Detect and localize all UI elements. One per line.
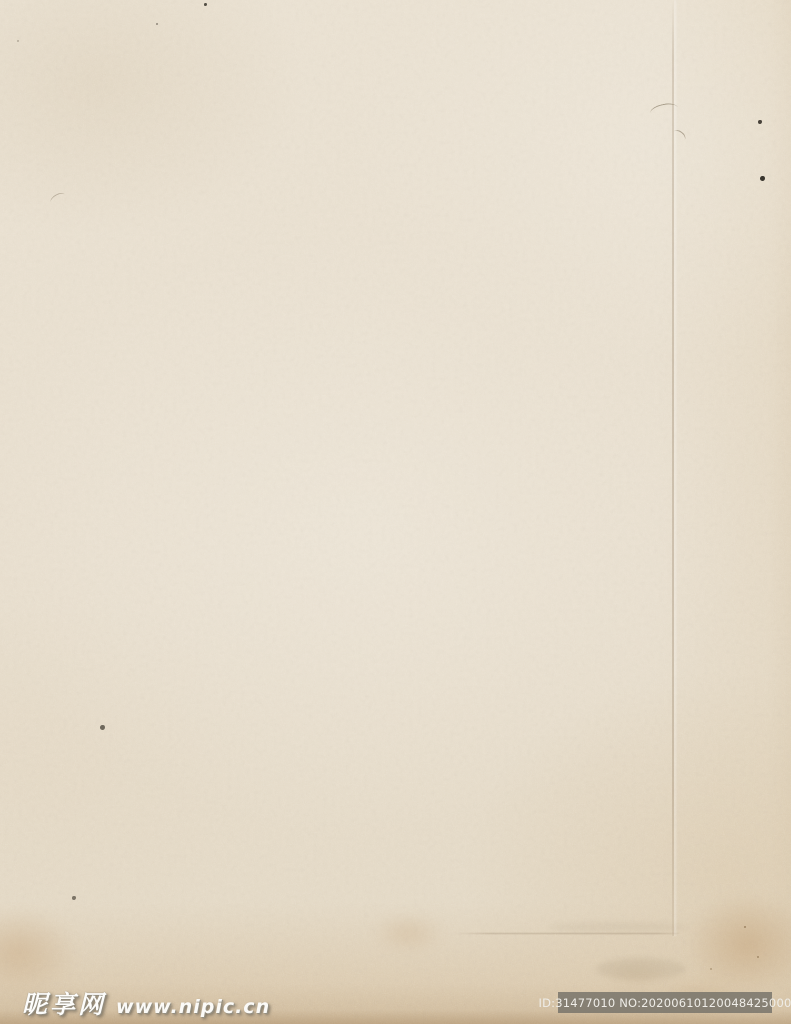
ink-speck — [758, 120, 762, 124]
stain — [590, 954, 682, 994]
image-id-watermark-bar: ID:31477010 NO:20200610120048425000 — [558, 992, 772, 1013]
plate-mark-line — [455, 933, 679, 934]
ink-speck — [760, 176, 765, 181]
ink-speck — [100, 725, 105, 730]
faint-smudge — [548, 922, 688, 932]
aged-paper-photo: 昵享网 www.nipic.cn ID:31477010 NO:20200610… — [0, 0, 791, 1024]
faint-smudge — [596, 958, 686, 980]
ink-speck — [744, 926, 746, 928]
site-name-cn: 昵享网 — [22, 985, 106, 1021]
paper-grain-texture — [0, 0, 791, 1024]
ink-speck — [72, 896, 76, 900]
stain — [0, 890, 103, 1014]
paper-grain-texture-2 — [0, 0, 791, 1024]
stain — [640, 968, 760, 1024]
texture-detail-layer — [0, 0, 791, 1024]
bottom-edge-shadow — [0, 1010, 791, 1024]
paper-fiber — [670, 128, 687, 144]
stain — [660, 872, 791, 1016]
site-url: www.nipic.cn — [116, 996, 270, 1018]
stain — [356, 905, 460, 961]
ink-speck — [204, 3, 207, 6]
paper-fiber — [649, 101, 679, 120]
paper-fiber — [49, 191, 67, 206]
paper-crease-line — [672, 0, 674, 936]
ink-speck — [17, 40, 19, 42]
image-id-text: ID:31477010 NO:20200610120048425000 — [539, 996, 791, 1010]
site-watermark: 昵享网 www.nipic.cn — [22, 985, 270, 1021]
ink-speck — [757, 956, 759, 958]
ink-speck — [710, 968, 712, 970]
ink-speck — [156, 23, 158, 25]
